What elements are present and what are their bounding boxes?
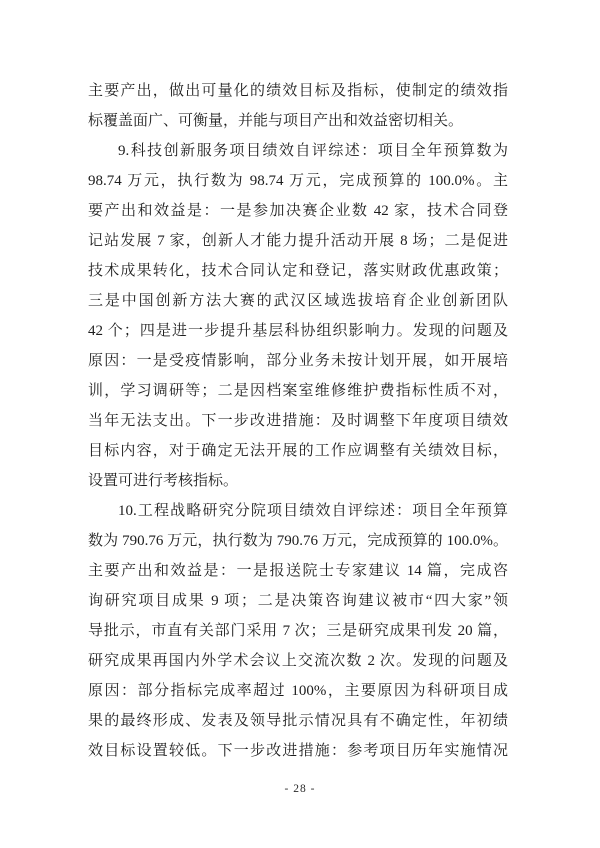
- text-line: 目标内容，对于确定无法开展的工作应调整有关绩效目标，: [88, 436, 508, 466]
- text-line: 记站发展 7 家，创新人才能力提升活动开展 8 场；二是促进: [88, 226, 508, 256]
- document-page: 主要产出，做出可量化的绩效目标及指标，使制定的绩效指标覆盖面广、可衡量，并能与项…: [0, 0, 600, 848]
- text-line: 9.科技创新服务项目绩效自评综述：项目全年预算数为: [88, 136, 508, 166]
- text-line: 设置可进行考核指标。: [88, 466, 508, 496]
- text-line: 三是中国创新方法大赛的武汉区域选拔培育企业创新团队: [88, 286, 508, 316]
- text-line: 导批示，市直有关部门采用 7 次；三是研究成果刊发 20 篇，: [88, 616, 508, 646]
- text-line: 询研究项目成果 9 项；二是决策咨询建议被市“四大家”领: [88, 586, 508, 616]
- text-line: 训，学习调研等；二是因档案室维修维护费指标性质不对，: [88, 376, 508, 406]
- text-line: 要产出和效益是：一是参加决赛企业数 42 家，技术合同登: [88, 196, 508, 226]
- text-line: 标覆盖面广、可衡量，并能与项目产出和效益密切相关。: [88, 106, 508, 136]
- text-line: 42 个；四是进一步提升基层科协组织影响力。发现的问题及: [88, 316, 508, 346]
- text-line: 研究成果再国内外学术会议上交流次数 2 次。发现的问题及: [88, 646, 508, 676]
- text-line: 原因：一是受疫情影响，部分业务未按计划开展，如开展培: [88, 346, 508, 376]
- text-line: 当年无法支出。下一步改进措施：及时调整下年度项目绩效: [88, 406, 508, 436]
- text-line: 主要产出，做出可量化的绩效目标及指标，使制定的绩效指: [88, 76, 508, 106]
- text-line: 技术成果转化，技术合同认定和登记，落实财政优惠政策；: [88, 256, 508, 286]
- page-number: - 28 -: [0, 783, 600, 795]
- text-line: 数为 790.76 万元，执行数为 790.76 万元，完成预算的 100.0%…: [88, 526, 508, 556]
- text-line: 果的最终形成、发表及领导批示情况具有不确定性，年初绩: [88, 706, 508, 736]
- text-line: 原因：部分指标完成率超过 100%，主要原因为科研项目成: [88, 676, 508, 706]
- text-line: 主要产出和效益是：一是报送院士专家建议 14 篇，完成咨: [88, 556, 508, 586]
- text-line: 效目标设置较低。下一步改进措施：参考项目历年实施情况: [88, 736, 508, 766]
- document-body: 主要产出，做出可量化的绩效目标及指标，使制定的绩效指标覆盖面广、可衡量，并能与项…: [88, 76, 508, 766]
- text-line: 10.工程战略研究分院项目绩效自评综述：项目全年预算: [88, 496, 508, 526]
- text-line: 98.74 万元，执行数为 98.74 万元，完成预算的 100.0%。主: [88, 166, 508, 196]
